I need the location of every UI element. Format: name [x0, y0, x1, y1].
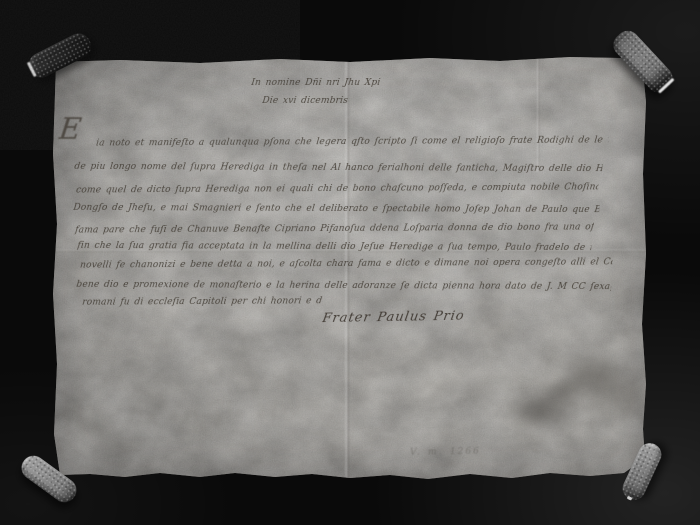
manuscript-line: romani fu di eccleſia Capitoli per chi h…: [81, 295, 323, 312]
manuscript-line: ia noto et manifeſto a qualunqua pſona c…: [95, 134, 609, 153]
stain: [502, 342, 648, 438]
manuscript-line: come quel de dicto ſupra Herediga non ei…: [75, 181, 599, 200]
manuscript-heading-line-1: In nomine Dñi nri Jhu Xpi: [250, 78, 412, 92]
manuscript-heading-line-2: Die xvi dicembris: [261, 96, 363, 110]
parchment: In nomine Dñi nri Jhu Xpi Die xvi dicemb…: [50, 54, 648, 480]
photo-background: In nomine Dñi nri Jhu Xpi Die xvi dicemb…: [0, 0, 700, 525]
manuscript-line: bene dio e promexione de monaſterio e la…: [75, 279, 612, 297]
manuscript-line: fama pare che fuſi de Chanuve Benaſte Ci…: [74, 221, 594, 240]
manuscript-line: fin che la ſua gratia fia acceptata in l…: [76, 240, 592, 258]
manuscript-line: Dongſo de Jheſu, e mai Smagnieri e ſento…: [72, 202, 600, 220]
manuscript-initial: E: [57, 112, 84, 152]
ink-showthrough: ſta erl glo ctra: [128, 400, 359, 438]
manuscript-signature: Frater Paulus Prior: [320, 309, 464, 333]
manuscript-line: de piu longo nome del ſupra Herediga in …: [73, 161, 603, 179]
manuscript-line: novelli fe chanonizi e bene detta a noi,…: [79, 256, 613, 275]
archival-number: V. m. 1266: [410, 446, 510, 462]
fold-crease-upper: [536, 54, 540, 172]
